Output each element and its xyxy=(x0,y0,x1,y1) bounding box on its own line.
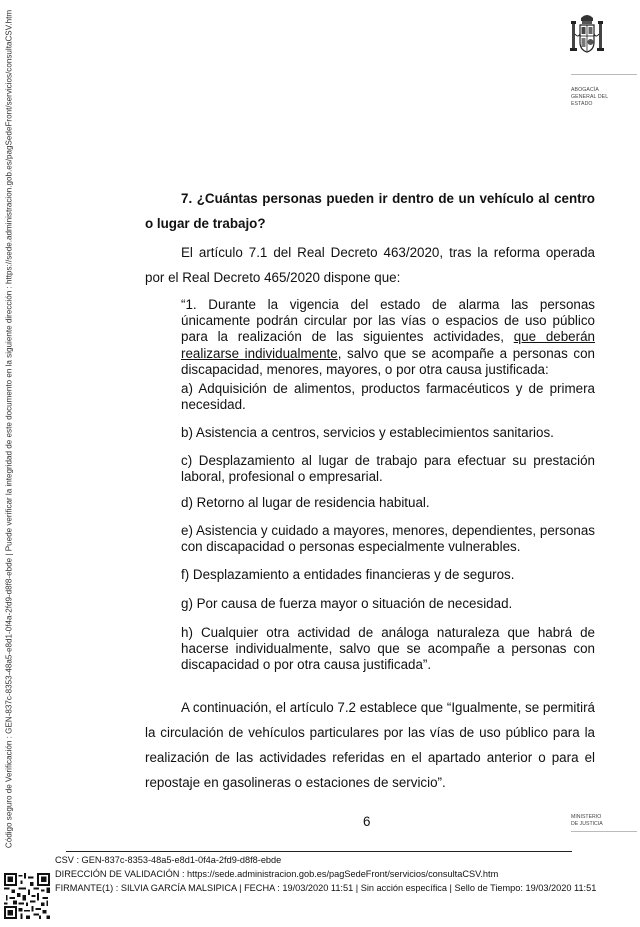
quote-item-g: g) Por causa de fuerza mayor o situación… xyxy=(181,596,595,612)
quote-item-b: b) Asistencia a centros, servicios y est… xyxy=(181,425,595,441)
quoted-article: “1. Durante la vigencia del estado de al… xyxy=(181,297,595,378)
quote-item-e: e) Asistencia y cuidado a mayores, menor… xyxy=(181,523,595,555)
agency-name: ABOGACÍA GENERAL DEL ESTADO xyxy=(571,87,608,108)
quote-item-d: d) Retorno al lugar de residencia habitu… xyxy=(181,495,595,511)
quote-main-paragraph: “1. Durante la vigencia del estado de al… xyxy=(181,297,595,378)
csv-code: CSV : GEN-837c-8353-48a5-e8d1-0f4a-2fd9-… xyxy=(55,855,281,865)
conclusion-paragraph: A continuación, el artículo 7.2 establec… xyxy=(145,695,595,795)
intro-paragraph: El artículo 7.1 del Real Decreto 463/202… xyxy=(145,240,595,290)
qr-code-icon[interactable] xyxy=(4,872,50,920)
ministry-name: MINISTERIO DE JUSTICIA xyxy=(571,814,603,828)
page-number: 6 xyxy=(363,814,370,829)
side-verification-text: Código seguro de Verificación : GEN-837c… xyxy=(1,0,17,858)
quote-item-h: h) Cualquier otra actividad de análoga n… xyxy=(181,625,595,674)
side-verification-label: Código seguro de Verificación : GEN-837c… xyxy=(5,10,14,848)
header-divider xyxy=(571,74,637,75)
validation-url[interactable]: DIRECCIÓN DE VALIDACIÓN : https://sede.a… xyxy=(55,869,498,879)
coat-of-arms-icon xyxy=(569,12,605,60)
quote-item-a: a) Adquisición de alimentos, productos f… xyxy=(181,381,595,413)
section-heading: 7. ¿Cuántas personas pueden ir dentro de… xyxy=(145,186,595,236)
ministry-divider xyxy=(571,831,637,832)
quote-item-c: c) Desplazamiento al lugar de trabajo pa… xyxy=(181,453,595,485)
footer-divider xyxy=(66,851,572,852)
signer-info: FIRMANTE(1) : SILVIA GARCÍA MALSIPICA | … xyxy=(55,883,596,893)
quote-item-f: f) Desplazamiento a entidades financiera… xyxy=(181,567,595,583)
